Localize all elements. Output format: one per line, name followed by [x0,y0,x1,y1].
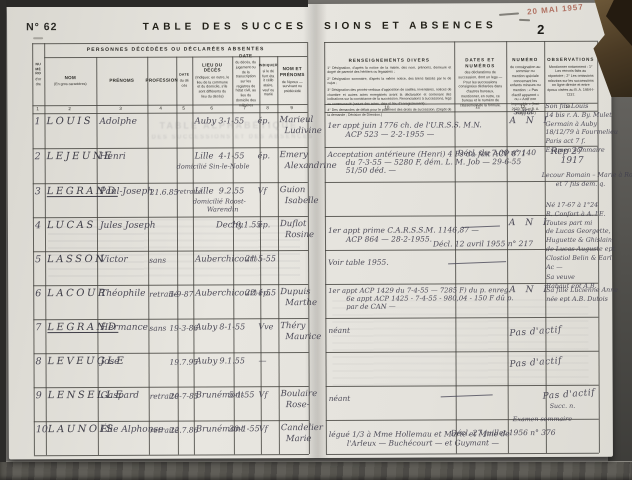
observation-line: Lecour Romain – Marie à Roost [542,173,632,180]
death-place: Lille [195,187,214,196]
observation-line: 18/12/79 à Fourmelieu [546,130,618,137]
grid-line [33,147,308,149]
grid-line [324,41,597,43]
first-names: Paul-Joseph [100,188,153,197]
column-number: 4 [159,106,162,111]
column-number: 5 [182,106,185,111]
profession: sans [149,257,166,265]
profession: sans [149,325,166,333]
column-title: NUMÉRO [35,63,41,76]
row-number: 10 [36,425,48,435]
grid-line [34,386,309,388]
death-place: Auby [195,323,217,332]
column-header-6: LIEU DU DÉCÈS(Indiquer, en outre, le lie… [193,57,231,103]
column-header-9: NOM ET PRÉNOMSde l'époux — survivant ou … [278,57,306,103]
column-number: 1 [36,106,39,111]
spouse-name: Dupuis [280,288,310,297]
column-title: NOM [65,75,76,81]
sommier-mention: Pas d'actif [509,357,562,370]
column-header-2: NOM(En gros caractères) [45,58,95,104]
spouse-name: Marieul [279,116,313,125]
column-subtitle: d'ordre [35,77,41,86]
declaration-date: Décl. 12 avril 1955 n° 217 [433,240,533,248]
scanned-ledger-page: TABLE ALPHABÉTIQUE DES SUCCESSIONS ET DE… [0,0,632,480]
spouse-name: Candelier [281,424,323,433]
name-louis: LOUIS [46,117,93,127]
column-header-5: DATEdu décès [177,58,191,104]
sommier-mention: Pas d'actif [542,389,595,402]
observation-line: Succ. n. [550,404,576,410]
death-date: 9.1.55 [220,357,245,365]
grid-line [34,420,309,422]
birth-date: 20-7-85 [170,393,199,401]
column-header-10: RENSEIGNEMENTS DIVERS1° Désignation, d'a… [325,56,453,103]
first-names: Henri [100,153,126,162]
renseignements-line: néant [328,327,350,335]
column-subtitle: Mentionner notamment : 1° Les renvois fa… [547,64,594,97]
column-header-12: NUMÉROde consignation au sommier ou ment… [507,56,543,102]
ink-dash [462,226,500,229]
name-lasson: LASSON [47,255,106,265]
spouse-name: Théry [280,322,305,331]
grid-line [33,182,308,184]
spouse-name: Emery [280,151,308,160]
column-title: DATE [179,73,189,77]
death-date: 21-5-55 [245,255,276,263]
marital-status: Vf [258,187,267,195]
scan-edge-top [0,0,308,7]
name-lacour: LACOUR [47,289,108,299]
observation-line: Clostiol Belin & Earl. [546,255,614,262]
grid-line [33,352,308,354]
column-number: 6 [210,105,213,110]
birth-date: 5-9-87 [169,291,193,299]
grid-line [33,216,308,218]
death-date: 8-1-55 [219,323,245,331]
spouse-name: Marthe [285,299,317,308]
death-date: 19.1.55 [231,221,262,229]
observation-line: Toutes part mi [546,220,592,226]
death-date: 4-1-55 [219,152,245,160]
column-title: OBSERVATIONS [547,57,594,63]
row-number: 7 [35,323,41,333]
spouse-name: Guion [280,186,306,195]
column-paragraph: 1° Désignation, d'après la notice de la … [327,65,451,75]
table-overlay: NUMÉROd'ordre1NOM(En gros caractères)2PR… [0,0,632,480]
marital-status: Vve [258,323,273,331]
column-header-8: INDIQUERsi le défunt était célibataire, … [260,57,276,103]
death-date: 30-1-55 [229,425,260,433]
spouse-name: Isabelle [285,197,319,206]
column-paragraph: 2° Désignation sommaire, d'après la même… [327,76,451,86]
observation-line: Son fils Louis [545,104,588,110]
marital-status: — [259,357,267,365]
column-subtitle: du décès, du jugement ou de la transcrip… [235,61,256,108]
marital-status: ép. [258,152,270,160]
column-title: NUMÉRO [512,57,538,63]
column-number: 7 [243,105,246,110]
observation-line: Né 17-67 à 1°24 [546,203,598,210]
column-header-1: NUMÉROd'ordre [33,45,43,104]
spouse-name: Alexandrine [285,162,337,171]
marital-status: ép. [257,117,269,125]
column-title: INDIQUER [259,63,278,67]
domicile-note: domicilié Roost- [193,198,246,205]
column-subtitle: si le défunt était célibataire, veuf ou … [262,69,274,97]
ink-dash [441,394,493,397]
grid-line [32,112,307,114]
death-date: 9.2.55 [219,187,244,195]
death-date: 5-1-55 [229,391,255,399]
first-names: Victor [100,256,128,265]
renseignements-line: 1er appt prime C.A.R.S.S.M. 1146,87 — [328,226,479,234]
observation-line: Examen sommaire [513,417,572,424]
column-header-13: OBSERVATIONSMentionner notamment : 1° Le… [545,56,596,102]
spouse-name: Duflot [280,220,307,229]
death-place: Lille [195,152,214,161]
first-names: Théophile [100,290,145,299]
observation-line: Sa veuve [546,275,575,281]
ink-dash [448,261,506,264]
first-names: Jules Joseph [100,222,156,231]
observation-line: 1917 [561,157,584,166]
renseignements-line: 1er appt juin 1776 ch. de l'U.R.S.S. M.N… [327,121,481,129]
column-subtitle: (Indiquer, en outre, le lieu de la commu… [195,75,229,99]
death-place: Auby [196,357,218,366]
marital-status: Vf [259,425,268,433]
spouse-name: Boulaire [281,390,317,399]
observation-line: de Lucas Auguste ept [546,247,615,254]
birth-date: 19-3-86 [169,325,198,333]
ledger-spread: TABLE ALPHABÉTIQUE DES SUCCESSIONS ET DE… [0,0,632,480]
grid-line [33,284,308,286]
domicile-note: Warendin [207,206,239,213]
scan-edge-left [0,0,6,462]
renseignements-line: l'Arleux — Buchécourt — et Guymant — [347,439,499,447]
column-subtitle: de l'époux — survivant ou prédécédé [280,80,304,94]
sommier-mention: A N I [509,219,550,228]
observation-line: et 7 fils dem. q. [556,182,606,189]
column-paragraph: 3° Désignation des procès-verbaux d'appo… [327,87,451,106]
grid-line [325,317,598,319]
renseignements-line: Voir table 1955. [328,259,389,267]
sommier-signature: Suffot [513,109,533,116]
birth-date: 19.7.95 [170,359,199,367]
marital-status: ép. [258,289,270,297]
grid-line [34,454,309,456]
row-number: 2 [35,152,41,162]
column-title: PROFESSION [146,78,179,84]
column-title: RENSEIGNEMENTS DIVERS [349,58,430,64]
column-title: PRÉNOMS [109,78,134,84]
observation-line: 14 bis r. A. By. Mulet [545,113,611,120]
renseignements-line: ACP 864 — 28-2-1955. [346,235,432,243]
declaration-date: Décl. 27 juillet 1956 n° 376 [451,429,556,437]
column-title: DATE [239,53,252,59]
row-number: 9 [36,391,42,401]
column-subtitle: des déclarations de succession, dont un … [457,70,503,108]
column-title: DATES ET NUMÉROS [457,57,503,68]
grid-line [326,453,599,455]
name-lucas: LUCAS [47,221,96,231]
row-number: 4 [35,221,41,231]
sommier-mention: A N I [509,117,550,126]
observation-line: Sa fille Lucienne Anne [546,288,618,295]
renseignements-line: par de CAN — [346,304,395,311]
column-number: 9 [290,105,293,110]
grid-line [326,385,599,387]
row-number: 6 [35,289,41,299]
row-number: 3 [35,187,41,197]
column-number: 11 [475,104,480,109]
renseignements-line: 6e appt ACP 1425 - 7-4-55 - 980,04 - 150… [346,295,513,303]
observation-line: R. Confort à A. l'E. [546,212,606,219]
observation-line: de Lucas Georgette, [546,229,611,236]
spouse-name: Maurice [285,333,321,342]
spouse-name: Rose- [286,401,310,410]
first-names: Adolphe [99,118,136,127]
observation-line: Ac — [546,265,562,271]
sommier-mention: Pas d'actif [509,326,562,339]
death-date: 3-1-55 [218,117,244,125]
declaration-date: Décl. du 7-06 n° 140 [458,149,536,157]
column-number: 8 [266,105,269,110]
observation-line: Huguette & Ghislain; [546,238,614,245]
death-place: Auby [194,117,216,126]
renseignements-line: néant [329,395,351,403]
column-subtitle: du décès [179,79,189,88]
renseignements-line: 51/50 déd. — [346,167,396,175]
column-header-4: PROFESSION [148,58,175,104]
observation-line: née ept A.B. Dutois [546,297,608,304]
column-number: 3 [119,106,122,111]
row-number: 8 [36,357,42,367]
observation-line: Paris act 7 f. [546,139,586,145]
column-header-11: DATES ET NUMÉROSdes déclarations de succ… [455,56,505,102]
marital-status: Vf [259,391,268,399]
row-number: 1 [34,117,40,127]
domicile-note: domicilié Sin-le-Noble [177,163,250,170]
spouse-name: Ludivine [285,127,322,136]
marital-status: ép. [258,221,270,229]
birth-date: 21.6.85 [150,189,179,197]
birth-date: 22.7.86 [170,427,199,435]
sommier-mention: A N I [509,286,550,295]
grid-line [32,42,307,44]
first-names: Gaspard [101,392,139,401]
column-subtitle: (En gros caractères) [54,82,87,87]
first-names: José [101,358,120,367]
column-title: NOM ET PRÉNOMS [280,66,305,77]
row-number: 5 [35,255,41,265]
spouse-name: Marie [286,435,312,444]
column-title: LIEU DU DÉCÈS [195,62,229,73]
renseignements-line: ACP 523 — 2-2-1955 — [346,130,435,138]
observation-line: Germain à Auby [545,121,597,128]
first-names: Hermance [100,324,148,333]
grid-line [33,250,308,252]
spouse-name: Rosine [285,231,314,240]
grid-line [33,318,308,320]
column-number: 10 [384,105,389,110]
column-header-3: PRÉNOMS [97,58,146,104]
grid-line [325,351,598,353]
column-header-7: DATEdu décès, du jugement ou de la trans… [233,57,258,103]
column-number: 2 [68,106,71,111]
